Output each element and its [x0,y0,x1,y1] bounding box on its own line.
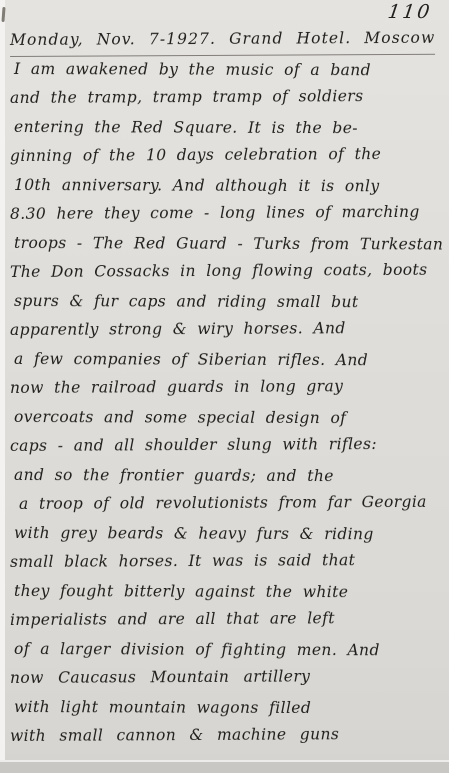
handwritten-line: spurs & fur caps and riding small but [14,287,443,317]
handwritten-line: small black horses. It was is said that [10,546,443,577]
handwritten-line: they fought bitterly against the white [14,577,443,607]
handwritten-line: a few companies of Siberian rifles. And [14,345,443,375]
handwritten-line: imperialists and are all that are left [10,604,443,635]
scanned-manuscript-page: 110 Monday, Nov. 7-1927. Grand Hotel. Mo… [0,0,449,773]
handwritten-line: a troop of old revolutionists from far G… [19,488,443,519]
page-number: 110 [387,1,434,23]
handwritten-line: and so the frontier guards; and the [14,461,443,491]
handwritten-line: The Don Cossacks in long flowing coats, … [10,256,443,287]
handwritten-line: ginning of the 10 days celebration of th… [10,140,443,171]
handwritten-line: overcoats and some special design of [14,403,443,433]
handwritten-line: troops - The Red Guard - Turks from Turk… [14,229,443,259]
diary-entry: Monday, Nov. 7-1927. Grand Hotel. Moscow… [10,26,443,751]
handwritten-line: caps - and all shoulder slung with rifle… [10,430,443,461]
handwritten-line: 10th anniversary. And although it is onl… [14,171,443,201]
handwritten-line: now the railroad guards in long gray [10,372,443,403]
handwritten-line: with small cannon & machine guns [10,720,443,751]
handwritten-line: I am awakened by the music of a band [14,55,443,85]
entry-heading-text: Monday, Nov. 7-1927. Grand Hotel. Moscow [10,24,435,57]
scan-edge-bottom [0,762,449,773]
entry-heading: Monday, Nov. 7-1927. Grand Hotel. Moscow [10,24,443,55]
handwritten-line: with grey beards & heavy furs & riding [14,519,443,549]
handwritten-line: with light mountain wagons filled [14,693,443,723]
handwritten-line: now Caucasus Mountain artillery [10,662,443,693]
handwritten-line: 8.30 here they come - long lines of marc… [10,198,443,229]
handwritten-line: of a larger division of fighting men. An… [14,635,443,665]
handwritten-line: apparently strong & wiry horses. And [10,314,443,345]
handwritten-line: entering the Red Square. It is the be- [14,113,443,143]
scan-edge-left [0,0,5,773]
handwritten-line: and the tramp, tramp tramp of soldiers [10,82,443,113]
